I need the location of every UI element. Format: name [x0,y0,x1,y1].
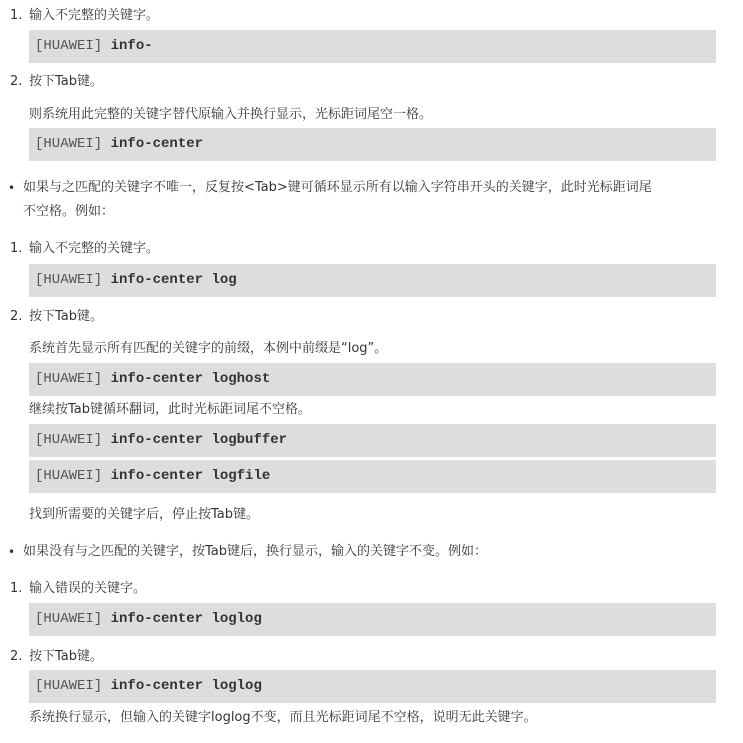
code-block: [HUAWEI] info-center loglog [29,670,716,703]
step-number: 2. [10,648,22,666]
cli-prompt: [HUAWEI] [35,38,102,54]
cli-prompt: [HUAWEI] [35,136,102,152]
code-block: [HUAWEI] info-center logfile [29,460,716,493]
step-note: 找到所需要的关键字后，停止按Tab键。 [29,506,259,524]
cli-command: info-center loghost [111,371,271,387]
step-note: 系统首先显示所有匹配的关键字的前缀，本例中前缀是“log”。 [29,340,387,358]
cli-command: info- [111,38,153,54]
step-note: 系统换行显示，但输入的关键字loglog不变，而且光标距词尾不空格，说明无此关键… [29,709,537,727]
step-text: 输入错误的关键字。 [29,580,146,598]
code-block: [HUAWEI] info-center loghost [29,363,716,396]
code-block: [HUAWEI] info- [29,30,716,63]
bullet-text-continued: 不空格。例如： [23,203,114,221]
step-text: 输入不完整的关键字。 [29,7,159,25]
code-block: [HUAWEI] info-center log [29,264,716,297]
cli-command: info-center log [111,272,237,288]
bullet-icon: • [8,179,15,197]
cli-prompt: [HUAWEI] [35,468,102,484]
code-block: [HUAWEI] info-center loglog [29,603,716,636]
cli-prompt: [HUAWEI] [35,272,102,288]
cli-command: info-center logfile [111,468,271,484]
step-number: 2. [10,308,22,326]
step-number: 1. [10,7,22,25]
step-number: 2. [10,73,22,91]
cli-prompt: [HUAWEI] [35,611,102,627]
step-number: 1. [10,580,22,598]
step-text: 按下Tab键。 [29,308,103,326]
bullet-text: 如果没有与之匹配的关键字，按Tab键后，换行显示，输入的关键字不变。例如： [23,543,487,561]
step-note: 继续按Tab键循环翻词，此时光标距词尾不空格。 [29,401,311,419]
step-note: 则系统用此完整的关键字替代原输入并换行显示，光标距词尾空一格。 [29,106,432,124]
cli-prompt: [HUAWEI] [35,678,102,694]
step-text: 按下Tab键。 [29,648,103,666]
cli-command: info-center loglog [111,678,262,694]
step-number: 1. [10,240,22,258]
cli-command: info-center [111,136,203,152]
cli-command: info-center loglog [111,611,262,627]
cli-prompt: [HUAWEI] [35,371,102,387]
cli-prompt: [HUAWEI] [35,432,102,448]
step-text: 输入不完整的关键字。 [29,240,159,258]
code-block: [HUAWEI] info-center [29,128,716,161]
code-block: [HUAWEI] info-center logbuffer [29,424,716,457]
cli-command: info-center logbuffer [111,432,287,448]
step-text: 按下Tab键。 [29,73,103,91]
bullet-text: 如果与之匹配的关键字不唯一，反复按<Tab>键可循环显示所有以输入字符串开头的关… [23,179,652,197]
bullet-icon: • [8,543,15,561]
